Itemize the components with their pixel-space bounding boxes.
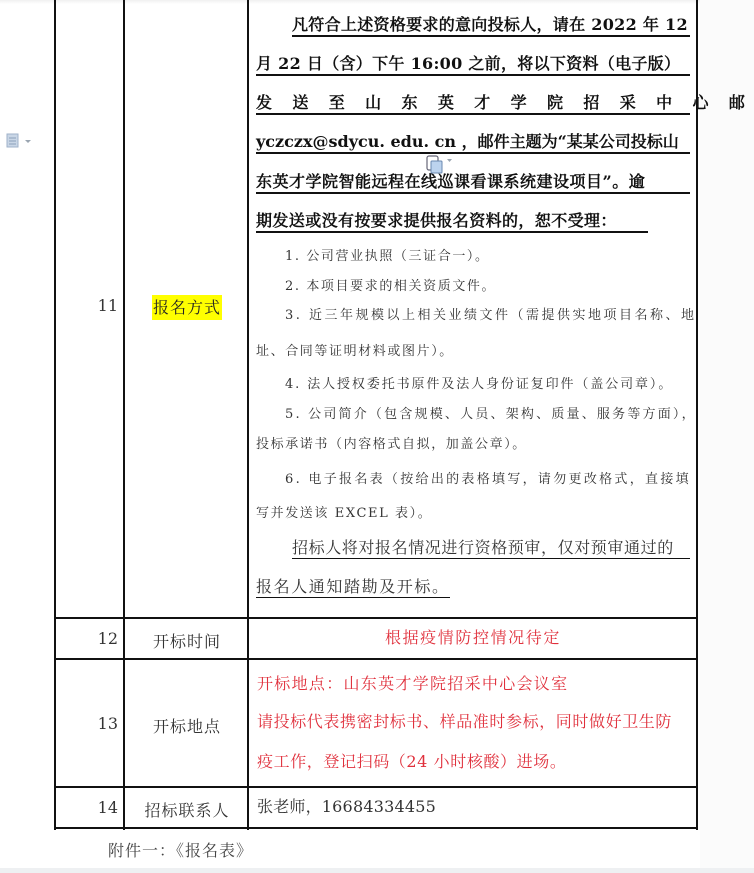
row-label: 开标地点	[126, 714, 248, 737]
table-border-left	[54, 0, 56, 830]
opening-location-line-1: 开标地点：山东英才学院招采中心会议室	[257, 674, 568, 694]
row-number: 11	[56, 296, 118, 315]
table-border-bottom	[54, 827, 698, 829]
list-item-3-cont: 址、合同等证明材料或图片）。	[256, 343, 454, 361]
document-options-icon[interactable]	[6, 133, 34, 153]
notice-line-3: 发 送 至 山 东 英 才 学 院 招 采 中 心 邮 箱	[256, 93, 690, 115]
paste-options-icon[interactable]	[425, 154, 455, 180]
notice-line-5: 东英才学院智能远程在线巡课看课系统建设项目”。逾	[256, 172, 690, 194]
row-divider-11-12	[54, 617, 698, 619]
notice-line-2: 月 22 日（含）下午 16:00 之前，将以下资料（电子版）	[256, 54, 690, 76]
highlighted-label: 报名方式	[152, 295, 222, 320]
row-number: 12	[56, 629, 118, 648]
page-right-margin	[700, 0, 754, 873]
opening-location-line-2: 请投标代表携密封标书、样品准时参标，同时做好卫生防	[257, 712, 672, 732]
list-item-6: 6. 电子报名表（按给出的表格填写，请勿更改格式，直接填	[285, 471, 691, 489]
list-item-5-cont: 投标承诺书（内容格式自拟，加盖公章）。	[256, 436, 527, 454]
row-label: 报名方式	[126, 295, 248, 318]
row-number: 13	[56, 714, 118, 733]
notice-line-6: 期发送或没有按要求提供报名资料的，恕不受理：	[256, 211, 648, 233]
row-label: 开标时间	[126, 629, 248, 652]
list-item-5: 5. 公司简介（包含规模、人员、架构、质量、服务等方面），	[285, 406, 697, 424]
list-item-6-cont: 写并发送该 EXCEL 表）。	[256, 505, 432, 523]
contact-value: 张老师，16684334455	[257, 797, 436, 817]
list-item-4: 4. 法人授权委托书原件及法人身份证复印件（盖公司章）。	[285, 376, 673, 394]
row-number: 14	[56, 798, 118, 817]
row-label: 招标联系人	[126, 798, 248, 821]
notice-line-1: 凡符合上述资格要求的意向投标人，请在 2022 年 12	[292, 15, 690, 37]
opening-time-value: 根据疫情防控情况待定	[256, 628, 690, 648]
row-divider-13-14	[54, 786, 698, 788]
table-col-divider-2	[247, 0, 249, 830]
list-item-3: 3. 近三年规模以上相关业绩文件（需提供实地项目名称、地	[285, 307, 697, 325]
document-page: 11 报名方式 凡符合上述资格要求的意向投标人，请在 2022 年 12 月 2…	[0, 0, 754, 873]
opening-location-line-3: 疫工作，登记扫码（24 小时核酸）进场。	[257, 752, 566, 772]
page-top-shadow	[0, 0, 754, 4]
attachment-note: 附件一：《报名表》	[108, 838, 253, 861]
list-item-1: 1. 公司营业执照（三证合一）。	[285, 248, 490, 266]
row-divider-12-13	[54, 658, 698, 660]
notice-line-4-email: yczczx@sdycu. edu. cn ，邮件主题为“某某公司投标山	[256, 132, 690, 154]
page-bottom-edge	[0, 868, 754, 873]
closing-line-2: 报名人通知踏勘及开标。	[256, 577, 450, 598]
table-col-divider-1	[123, 0, 125, 830]
list-item-2: 2. 本项目要求的相关资质文件。	[285, 278, 496, 296]
closing-line-1: 招标人将对报名情况进行资格预审，仅对预审通过的	[292, 538, 690, 559]
